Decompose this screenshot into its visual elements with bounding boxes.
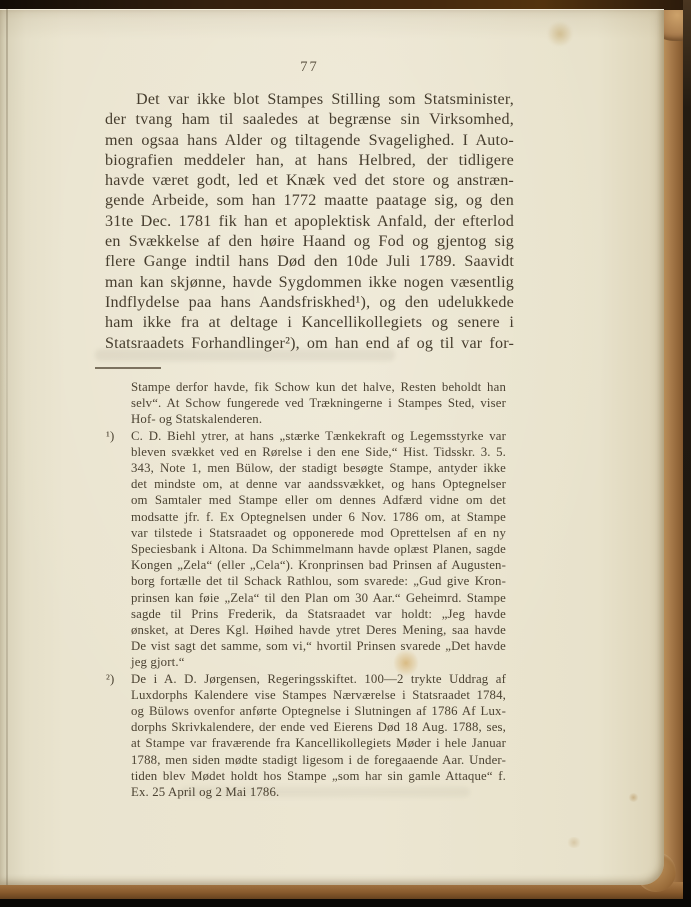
text-line: havde været godt, led et Knæk ved det st… <box>105 171 514 191</box>
page-number: 77 <box>105 59 514 76</box>
text-line: C. D. Biehl ytrer, at hans „stærke Tænke… <box>131 428 506 444</box>
scanned-book-page: 77 Det var ikke blot Stampes Stilling so… <box>0 0 691 907</box>
footnote-1: ¹) C. D. Biehl ytrer, at hans „stærke Tæ… <box>105 428 506 671</box>
footnotes-block: Stampe derfor havde, fik Schow kun det h… <box>105 379 506 800</box>
footnote-separator-rule <box>95 367 161 369</box>
text-line: var tilstede i Statsraadet og opponerede… <box>131 525 506 541</box>
text-line: Det var ikke blot Stampes Stilling som S… <box>105 90 514 110</box>
text-line: om Samtaler med Stampe eller om dennes A… <box>131 492 506 508</box>
page-gutter-crease <box>6 9 8 885</box>
text-line: De vist sagt det samme, som vi,“ hvortil… <box>131 638 506 654</box>
text-line: ønsket, at Deres Kgl. Høihed havde ytret… <box>131 622 506 638</box>
text-line: gende Arbeide, som han 1772 maatte paata… <box>105 191 514 211</box>
text-line: og Bülows ovenfor anførte Optegnelse i S… <box>131 703 506 719</box>
footnote-2-text: De i A. D. Jørgensen, Regeringsskiftet. … <box>131 671 506 801</box>
text-line: Luxdorphs Kalendere vise Stampes Nærvære… <box>131 687 506 703</box>
text-line: Speciesbank i Altona. Da Schimmelmann ha… <box>131 541 506 557</box>
footnote-2: ²) De i A. D. Jørgensen, Regeringsskifte… <box>105 671 506 801</box>
text-line: ham ikke fra at deltage i Kancellikolleg… <box>105 313 514 333</box>
text-line: jeg gjort.“ <box>131 654 506 670</box>
footnote-marker-2: ²) <box>106 671 114 687</box>
text-line: dorphs Skrivkalendere, der ende ved Eier… <box>131 719 506 735</box>
text-line: 343, Note 1, men Bülow, der stadigt besø… <box>131 460 506 476</box>
text-line: selv“. At Schow fungerede ved Trækninger… <box>131 395 506 411</box>
body-text-paragraph: Det var ikke blot Stampes Stilling som S… <box>105 90 514 354</box>
footnote-continuation: Stampe derfor havde, fik Schow kun det h… <box>131 379 506 428</box>
text-line: det mindste om, at denne var aandssvække… <box>131 476 506 492</box>
text-line: modsatte jfr. f. Ex Optegnelsen under 6 … <box>131 509 506 525</box>
footnote-marker-1: ¹) <box>106 428 114 444</box>
text-line: sagde til Prins Frederik, da Statsraadet… <box>131 606 506 622</box>
text-line: Stampe derfor havde, fik Schow kun det h… <box>131 379 506 395</box>
text-line: De i A. D. Jørgensen, Regeringsskiftet. … <box>131 671 506 687</box>
text-line: 1788, men siden mødte stadigt ligesom i … <box>131 752 506 768</box>
text-line: Indflydelse paa hans Aandsfriskhed¹), og… <box>105 293 514 313</box>
text-line: der tvang ham til saaledes at begrænse s… <box>105 110 514 130</box>
text-line: Kongen „Zela“ (eller „Cela“). Kronprinse… <box>131 557 506 573</box>
text-line: en Svækkelse af den høire Haand og Fod o… <box>105 232 514 252</box>
text-line: biografien meddeler han, at hans Helbred… <box>105 151 514 171</box>
book-cover-right-edge <box>683 0 691 907</box>
text-line: Hof- og Statskalenderen. <box>131 411 506 427</box>
paper-stain <box>566 837 582 848</box>
text-line: men ogsaa hans Alder og tiltagende Svage… <box>105 131 514 151</box>
text-line: flere Gange indtil hans Død den 10de Jul… <box>105 252 514 272</box>
text-line: at Stampe var fraværende fra Kancellikol… <box>131 735 506 751</box>
footnote-1-text: C. D. Biehl ytrer, at hans „stærke Tænke… <box>131 428 506 671</box>
text-line: man kan skjønne, havde Sygdommen ikke no… <box>105 273 514 293</box>
book-page-paper: 77 Det var ikke blot Stampes Stilling so… <box>0 9 664 885</box>
text-line: Statsraadets Forhandlinger²), om han end… <box>105 334 514 354</box>
text-line: bleven svækket ved en Rørelse i den ene … <box>131 444 506 460</box>
text-line: tiden blev Mødet holdt hos Stampe „som h… <box>131 768 506 784</box>
text-line: Ex. 25 April og 2 Mai 1786. <box>131 784 506 800</box>
book-cover-bottom-edge <box>0 899 691 907</box>
paper-stain <box>546 22 574 46</box>
text-line: 31te Dec. 1781 fik han et apoplektisk An… <box>105 212 514 232</box>
text-line: prinsen kan føie „Zela“ til den Plan om … <box>131 590 506 606</box>
text-line: borg fortælle det til Schack Rathlou, so… <box>131 573 506 589</box>
paper-stain <box>628 793 639 802</box>
